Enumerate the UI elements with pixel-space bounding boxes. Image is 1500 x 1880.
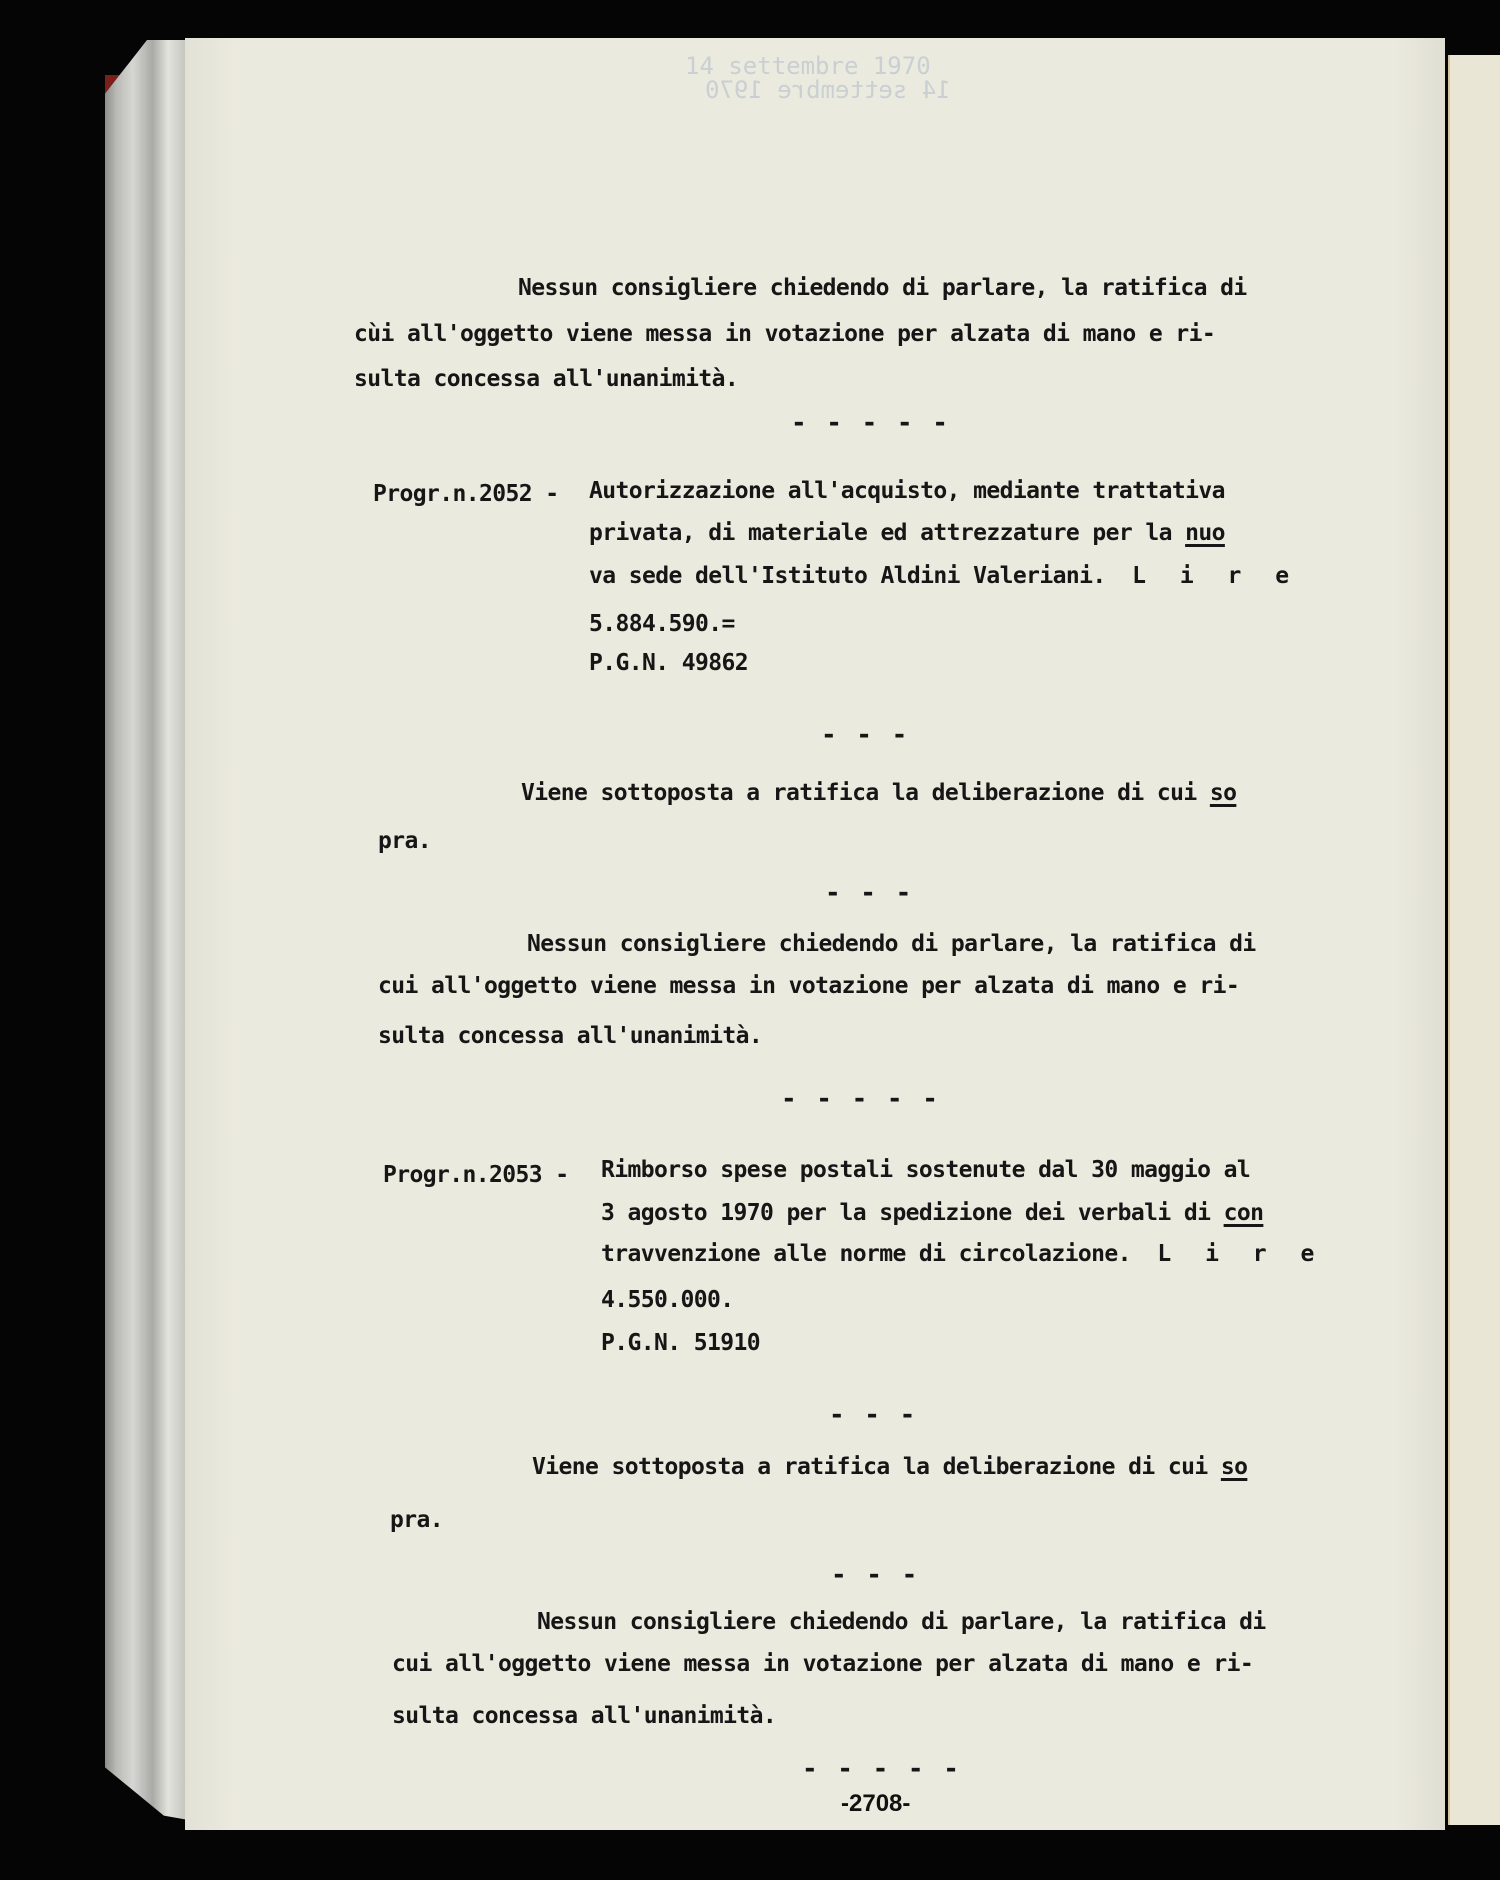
p5-line3: sulta concessa all'unanimità.	[392, 1703, 776, 1729]
progr-2053-label: Progr.n.2053 -	[383, 1162, 568, 1188]
ghost-date-header-mirrored: 14 settembre 1970	[705, 76, 951, 104]
p3-line2: cui all'oggetto viene messa in votazione…	[378, 973, 1239, 999]
lire-label: L i r e	[1157, 1241, 1324, 1267]
p2-line1-text: Viene sottoposta a ratifica la deliberaz…	[521, 780, 1210, 806]
progr-2053-amount: 4.550.000.	[601, 1287, 733, 1313]
progr-2052-amount: 5.884.590.=	[589, 611, 735, 637]
p2-line2: pra.	[378, 828, 431, 854]
progr-2052-line1: Autorizzazione all'acquisto, mediante tr…	[589, 478, 1225, 504]
progr-2053-line2-text: 3 agosto 1970 per la spedizione dei verb…	[601, 1200, 1224, 1226]
p4-line1-underlined: so	[1221, 1454, 1248, 1480]
facing-page-edge	[1448, 55, 1500, 1825]
progr-2052-pgn: P.G.N. 49862	[589, 650, 748, 676]
p4-line1-text: Viene sottoposta a ratifica la deliberaz…	[532, 1454, 1221, 1480]
progr-2053-line2-underlined: con	[1224, 1200, 1264, 1226]
p5-line2: cui all'oggetto viene messa in votazione…	[392, 1651, 1253, 1677]
progr-2052-label: Progr.n.2052 -	[373, 481, 558, 507]
separator-3: - - -	[825, 878, 913, 908]
separator-6: - - -	[831, 1560, 919, 1590]
separator-1: - - - - -	[791, 408, 950, 438]
separator-5: - - -	[829, 1400, 917, 1430]
progr-2053-line3-text: travvenzione alle norme di circolazione.	[601, 1241, 1157, 1267]
separator-2: - - -	[821, 720, 909, 750]
p4-line2: pra.	[390, 1507, 443, 1533]
progr-2053-line3: travvenzione alle norme di circolazione.…	[601, 1241, 1324, 1267]
progr-2052-line2-text: privata, di materiale ed attrezzature pe…	[589, 520, 1185, 546]
p5-line1: Nessun consigliere chiedendo di parlare,…	[537, 1609, 1266, 1635]
lire-label: L i r e	[1132, 563, 1299, 589]
p3-line3: sulta concessa all'unanimità.	[378, 1023, 762, 1049]
p1-line2: cùi all'oggetto viene messa in votazione…	[354, 321, 1215, 347]
p2-line1: Viene sottoposta a ratifica la deliberaz…	[521, 780, 1236, 806]
separator-4: - - - - -	[781, 1084, 940, 1114]
page-number: -2708-	[841, 1790, 910, 1818]
progr-2053-line2: 3 agosto 1970 per la spedizione dei verb…	[601, 1200, 1263, 1226]
progr-2052-line3: va sede dell'Istituto Aldini Valeriani. …	[589, 563, 1299, 589]
separator-7: - - - - -	[802, 1754, 961, 1784]
p3-line1: Nessun consigliere chiedendo di parlare,…	[527, 931, 1256, 957]
p2-line1-underlined: so	[1210, 780, 1237, 806]
document-page: 14 settembre 1970 14 settembre 1970 Ness…	[185, 38, 1445, 1830]
progr-2053-pgn: P.G.N. 51910	[601, 1330, 760, 1356]
progr-2052-line2-underlined: nuo	[1185, 520, 1225, 546]
progr-2052-line2: privata, di materiale ed attrezzature pe…	[589, 520, 1225, 546]
p1-line3: sulta concessa all'unanimità.	[354, 366, 738, 392]
progr-2052-line3-text: va sede dell'Istituto Aldini Valeriani.	[589, 563, 1132, 589]
p1-line1: Nessun consigliere chiedendo di parlare,…	[518, 275, 1247, 301]
p4-line1: Viene sottoposta a ratifica la deliberaz…	[532, 1454, 1247, 1480]
progr-2053-line1: Rimborso spese postali sostenute dal 30 …	[601, 1157, 1250, 1183]
